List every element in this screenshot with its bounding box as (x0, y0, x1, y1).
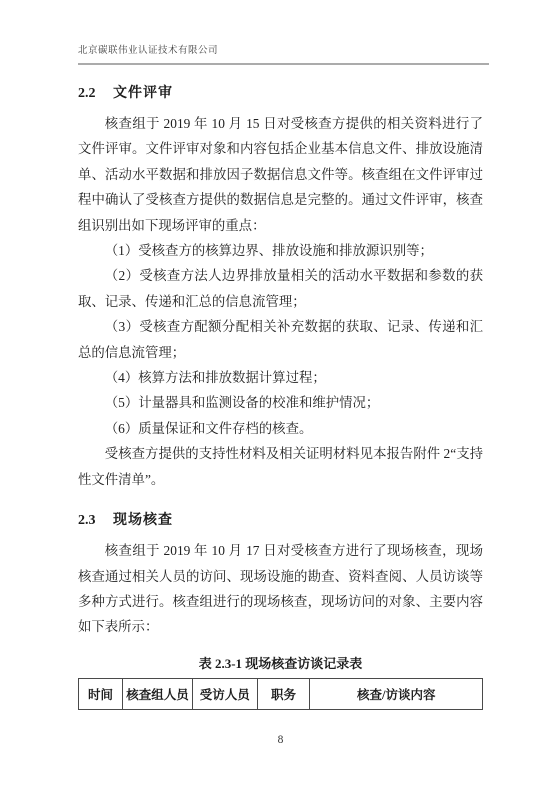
onsite-check-intro-paragraph: 核查组于 2019 年 10 月 17 日对受核查方进行了现场核查，现场核查通过… (78, 538, 483, 640)
list-item-1: （1）受核查方的核算边界、排放设施和排放源识别等； (78, 238, 483, 263)
list-item-5: （5）计量器具和监测设备的校准和维护情况； (78, 390, 483, 415)
interview-record-table: 时间 核查组人员 受访人员 职务 核查/访谈内容 (78, 678, 483, 710)
section-2-2-number: 2.2 (78, 86, 96, 101)
column-header-interview-content: 核查/访谈内容 (310, 678, 483, 709)
section-2-3-title: 现场核查 (113, 513, 173, 528)
column-header-position: 职务 (257, 678, 310, 709)
section-2-2-title: 文件评审 (113, 86, 173, 101)
section-2-3-number: 2.3 (78, 513, 96, 528)
file-review-closing-paragraph: 受核查方提供的支持性材料及相关证明材料见本报告附件 2“支持性文件清单”。 (78, 441, 483, 492)
column-header-time: 时间 (79, 678, 123, 709)
section-2-3-heading: 2.3 现场核查 (78, 509, 483, 529)
page-number: 8 (78, 734, 483, 746)
column-header-interviewee: 受访人员 (192, 678, 257, 709)
document-page: 北京碳联伟业认证技术有限公司 2.2 文件评审 核查组于 2019 年 10 月… (0, 0, 560, 790)
list-item-2: （2）受核查方法人边界排放量相关的活动水平数据和参数的获取、记录、传递和汇总的信… (78, 263, 483, 314)
company-name: 北京碳联伟业认证技术有限公司 (78, 46, 218, 56)
list-item-3: （3）受核查方配额分配相关补充数据的获取、记录、传递和汇总的信息流管理； (78, 314, 483, 365)
list-item-4: （4）核算方法和排放数据计算过程； (78, 365, 483, 390)
column-header-verification-team: 核查组人员 (123, 678, 193, 709)
page-header: 北京碳联伟业认证技术有限公司 (78, 42, 489, 65)
table-header-row: 时间 核查组人员 受访人员 职务 核查/访谈内容 (79, 678, 483, 709)
list-item-6: （6）质量保证和文件存档的核查。 (78, 416, 483, 441)
file-review-intro-paragraph: 核查组于 2019 年 10 月 15 日对受核查方提供的相关资料进行了文件评审… (78, 111, 483, 238)
section-2-2-heading: 2.2 文件评审 (78, 82, 483, 102)
table-caption: 表 2.3-1 现场核查访谈记录表 (78, 653, 483, 672)
